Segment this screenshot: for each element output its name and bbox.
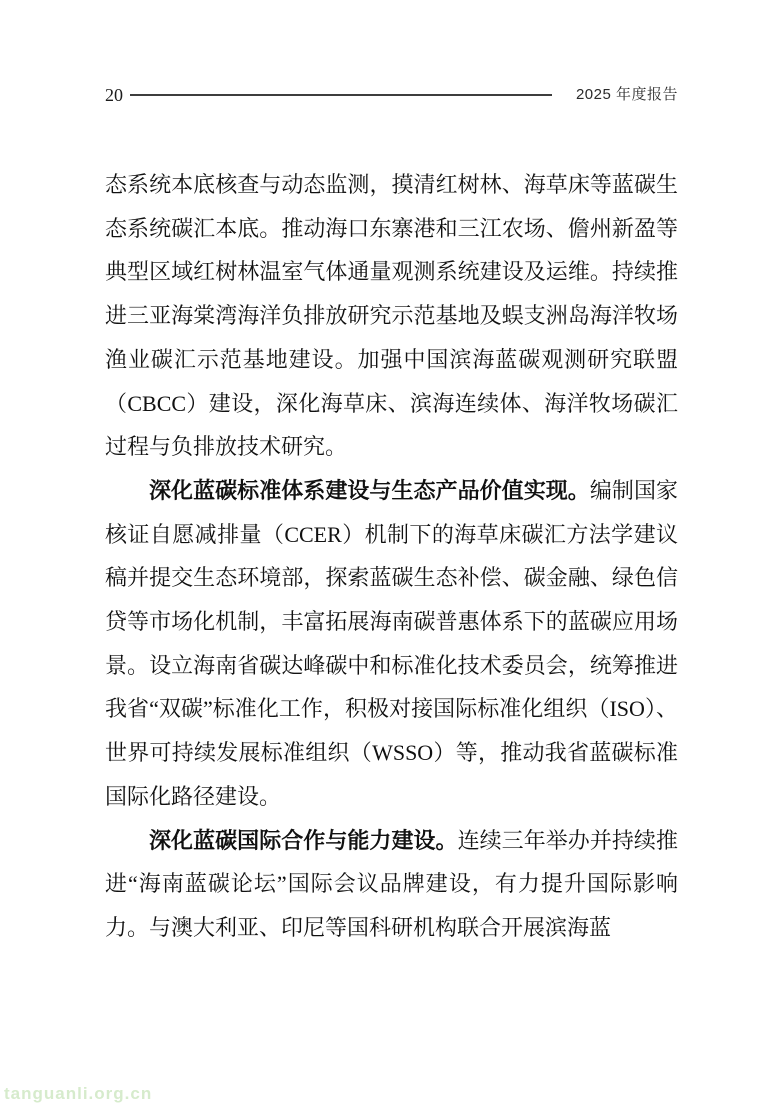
- document-page: 20 2025 年度报告 态系统本底核查与动态监测，摸清红树林、海草床等蓝碳生态…: [0, 0, 782, 1105]
- paragraph-3-lead: 深化蓝碳国际合作与能力建设。: [149, 828, 458, 853]
- page-header: 20 2025 年度报告: [105, 84, 678, 106]
- watermark: tanguanli.org.cn: [4, 1084, 152, 1104]
- paragraph-1: 态系统本底核查与动态监测，摸清红树林、海草床等蓝碳生态系统碳汇本底。推动海口东寨…: [105, 163, 678, 469]
- paragraph-3: 深化蓝碳国际合作与能力建设。连续三年举办并持续推进“海南蓝碳论坛”国际会议品牌建…: [105, 819, 678, 950]
- paragraph-2: 深化蓝碳标准体系建设与生态产品价值实现。编制国家核证自愿减排量（CCER）机制下…: [105, 469, 678, 819]
- paragraph-2-text: 编制国家核证自愿减排量（CCER）机制下的海草床碳汇方法学建议稿并提交生态环境部…: [105, 478, 678, 809]
- header-rule: [130, 94, 552, 96]
- page-number: 20: [105, 84, 123, 106]
- paragraph-2-lead: 深化蓝碳标准体系建设与生态产品价值实现。: [149, 478, 590, 503]
- report-title: 2025 年度报告: [576, 84, 678, 106]
- body-text: 态系统本底核查与动态监测，摸清红树林、海草床等蓝碳生态系统碳汇本底。推动海口东寨…: [105, 163, 678, 950]
- paragraph-1-text: 态系统本底核查与动态监测，摸清红树林、海草床等蓝碳生态系统碳汇本底。推动海口东寨…: [105, 172, 678, 459]
